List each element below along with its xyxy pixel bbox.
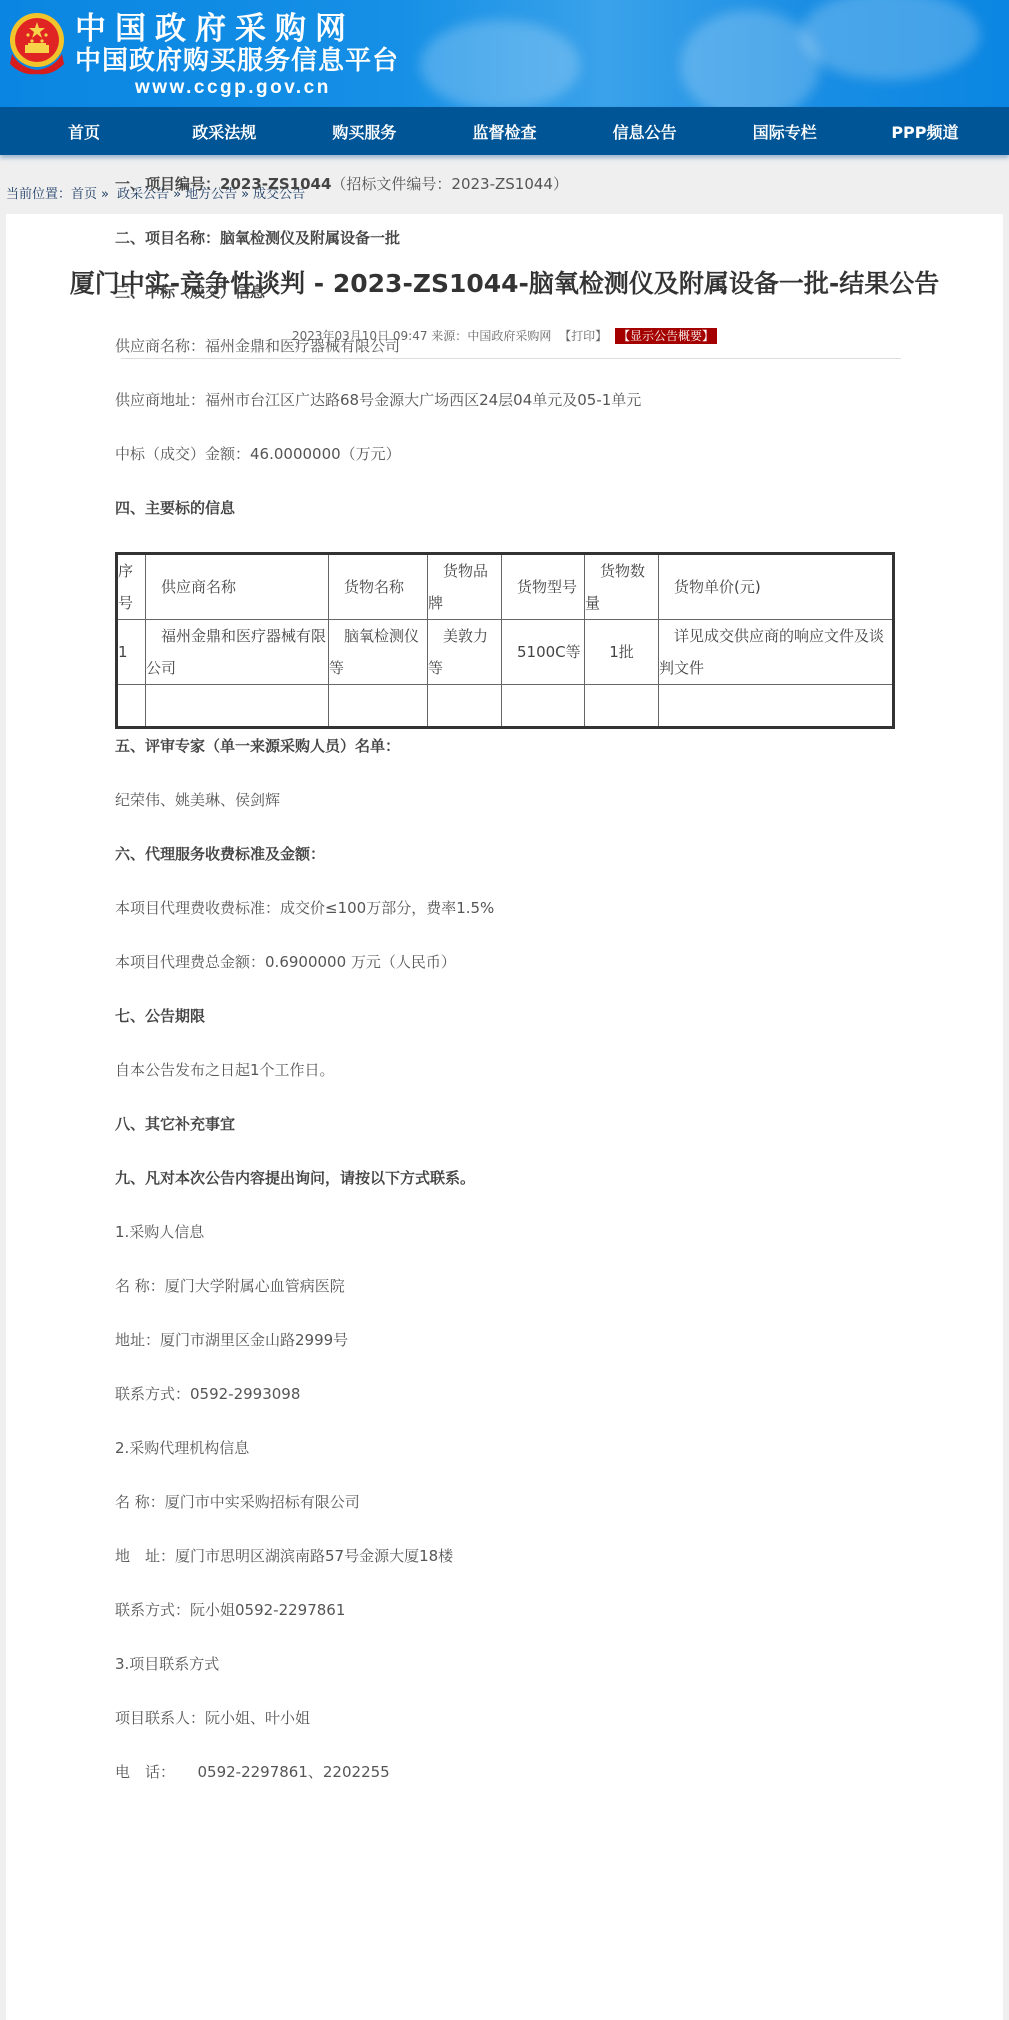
cell-model: 5100C等 <box>502 620 585 685</box>
breadcrumb-prefix: 当前位置： <box>6 187 71 202</box>
cell-supplier: 福州金鼎和医疗器械有限公司 <box>146 620 329 685</box>
site-brand[interactable]: 中国政府采购网 中国政府购买服务信息平台 www.ccgp.gov.cn <box>75 12 399 100</box>
cloud-decoration <box>680 10 820 107</box>
purchaser-heading: 1.采购人信息 <box>115 1222 895 1276</box>
section-notice-period: 七、公告期限 <box>115 1006 895 1060</box>
section-other-matters: 八、其它补充事宜 <box>115 1114 895 1168</box>
section-experts: 五、评审专家（单一来源采购人员）名单： <box>115 736 895 790</box>
fee-total: 本项目代理费总金额：0.6900000 万元（人民币） <box>115 952 895 1006</box>
supplier-name: 供应商名称：福州金鼎和医疗器械有限公司 <box>115 336 895 390</box>
table-row-empty <box>117 685 894 728</box>
header-index: 序号 <box>117 554 146 620</box>
supplier-address: 供应商地址：福州市台江区广达路68号金源大广场西区24层04单元及05-1单元 <box>115 390 895 444</box>
nav-item-regulations[interactable]: 政采法规 <box>164 120 284 143</box>
goods-table: 序号 供应商名称 货物名称 货物品牌 货物型号 货物数量 货物单价(元) 1 福… <box>115 552 895 729</box>
project-contact-phone: 电 话： 0592-2297861、2202255 <box>115 1762 895 1816</box>
experts-list: 纪荣伟、姚美琳、侯剑辉 <box>115 790 895 844</box>
section-main-items: 四、主要标的信息 <box>115 498 895 552</box>
agency-heading: 2.采购代理机构信息 <box>115 1438 895 1492</box>
national-emblem-icon[interactable] <box>6 12 68 76</box>
breadcrumb-home[interactable]: 首页 <box>71 187 97 202</box>
site-header: 中国政府采购网 中国政府购买服务信息平台 www.ccgp.gov.cn <box>0 0 1009 107</box>
nav-item-announcements[interactable]: 信息公告 <box>585 120 705 143</box>
header-quantity: 货物数量 <box>585 554 659 620</box>
cell-goods-name: 脑氧检测仪等 <box>329 620 428 685</box>
purchaser-name: 名 称：厦门大学附属心血管病医院 <box>115 1276 895 1330</box>
breadcrumb-separator: » <box>101 187 109 202</box>
nav-item-ppp[interactable]: PPP频道 <box>865 120 985 143</box>
section-award-info: 三、中标（成交）信息 <box>115 282 895 336</box>
site-url: www.ccgp.gov.cn <box>135 76 399 100</box>
cell-empty <box>329 685 428 728</box>
main-nav: 首页 政采法规 购买服务 监督检查 信息公告 国际专栏 PPP频道 <box>0 107 1009 155</box>
article-body: 一、项目编号：2023-ZS1044（招标文件编号：2023-ZS1044） 二… <box>115 174 895 552</box>
award-amount: 中标（成交）金额：46.0000000（万元） <box>115 444 895 498</box>
header-goods-name: 货物名称 <box>329 554 428 620</box>
nav-item-international[interactable]: 国际专栏 <box>725 120 845 143</box>
table-header-row: 序号 供应商名称 货物名称 货物品牌 货物型号 货物数量 货物单价(元) <box>117 554 894 620</box>
table-row: 1 福州金鼎和医疗器械有限公司 脑氧检测仪等 美敦力等 5100C等 1批 详见… <box>117 620 894 685</box>
header-brand: 货物品牌 <box>428 554 502 620</box>
project-number-value: 2023-ZS1044 <box>220 175 331 193</box>
header-unit-price: 货物单价(元) <box>659 554 894 620</box>
agency-contact: 联系方式：阮小姐0592-2297861 <box>115 1600 895 1654</box>
cell-unit-price: 详见成交供应商的响应文件及谈判文件 <box>659 620 894 685</box>
cloud-decoration <box>420 20 580 107</box>
nav-item-home[interactable]: 首页 <box>24 120 144 143</box>
project-contact-heading: 3.项目联系方式 <box>115 1654 895 1708</box>
section-agency-fee: 六、代理服务收费标准及金额： <box>115 844 895 898</box>
notice-period: 自本公告发布之日起1个工作日。 <box>115 1060 895 1114</box>
cell-empty <box>502 685 585 728</box>
cell-brand: 美敦力等 <box>428 620 502 685</box>
agency-name: 名 称：厦门市中实采购招标有限公司 <box>115 1492 895 1546</box>
cell-empty <box>146 685 329 728</box>
cloud-decoration <box>800 0 980 80</box>
project-number-label: 一、项目编号： <box>115 175 220 193</box>
site-title: 中国政府采购网 <box>75 12 399 46</box>
cell-empty <box>659 685 894 728</box>
tender-doc-number: （招标文件编号：2023-ZS1044） <box>331 175 568 193</box>
nav-item-supervision[interactable]: 监督检查 <box>444 120 564 143</box>
fee-standard: 本项目代理费收费标准：成交价≤100万部分，费率1.5% <box>115 898 895 952</box>
purchaser-contact: 联系方式：0592-2993098 <box>115 1384 895 1438</box>
cell-empty <box>428 685 502 728</box>
cell-index: 1 <box>117 620 146 685</box>
cell-quantity: 1批 <box>585 620 659 685</box>
agency-address: 地 址：厦门市思明区湖滨南路57号金源大厦18楼 <box>115 1546 895 1600</box>
header-model: 货物型号 <box>502 554 585 620</box>
purchaser-address: 地址：厦门市湖里区金山路2999号 <box>115 1330 895 1384</box>
section-project-name: 二、项目名称：脑氧检测仪及附属设备一批 <box>115 228 895 282</box>
article-body-continued: 五、评审专家（单一来源采购人员）名单： 纪荣伟、姚美琳、侯剑辉 六、代理服务收费… <box>115 736 895 1816</box>
cell-empty <box>117 685 146 728</box>
section-contact: 九、凡对本次公告内容提出询问，请按以下方式联系。 <box>115 1168 895 1222</box>
cell-empty <box>585 685 659 728</box>
nav-item-purchase-services[interactable]: 购买服务 <box>304 120 424 143</box>
section-project-number: 一、项目编号：2023-ZS1044（招标文件编号：2023-ZS1044） <box>115 174 895 228</box>
site-subtitle: 中国政府购买服务信息平台 <box>75 46 399 76</box>
project-contact-person: 项目联系人：阮小姐、叶小姐 <box>115 1708 895 1762</box>
header-supplier: 供应商名称 <box>146 554 329 620</box>
